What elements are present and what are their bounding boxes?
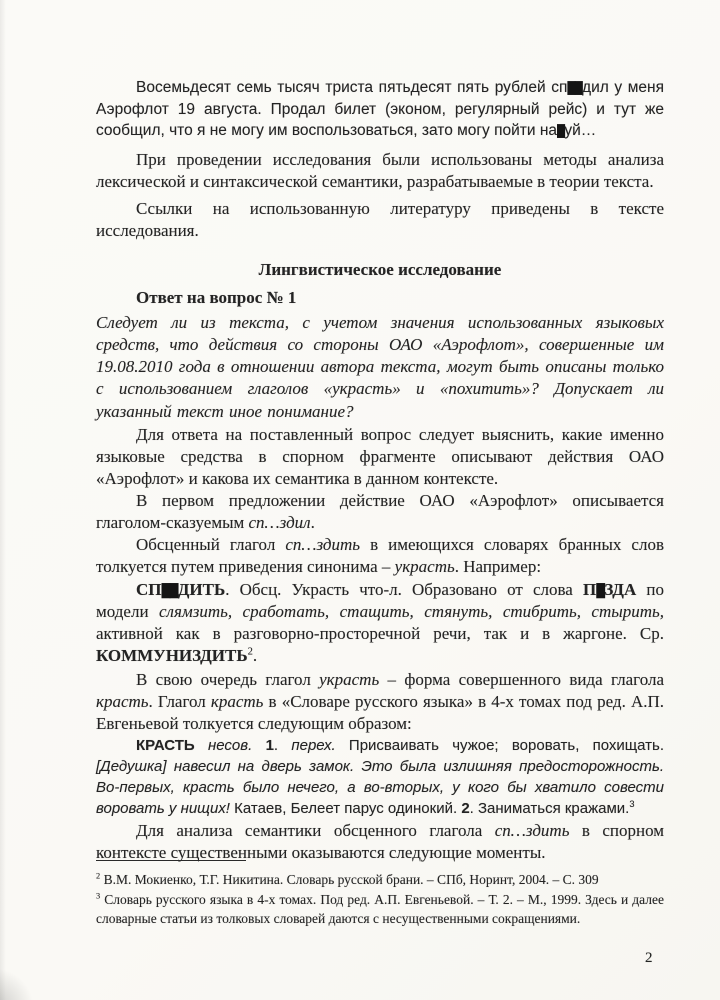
paragraph-task: Для ответа на поставленный вопрос следуе… — [96, 424, 664, 490]
footnote-area: 2 В.М. Мокиенко, Т.Г. Никитина. Словарь … — [96, 860, 664, 929]
section-heading: Лингвистическое исследование — [96, 259, 664, 281]
dictionary-entry-spizdit: СП██ДИТЬ. Обсц. Украсть что-л. Образован… — [96, 579, 664, 667]
paragraph-first-sentence: В первом предложении действие ОАО «Аэроф… — [96, 490, 664, 534]
scan-corner-artifact — [0, 968, 34, 1000]
scanned-document-page: Восемьдесят семь тысяч триста пятьдесят … — [0, 0, 720, 1000]
paragraph-ukrast: В свою очередь глагол украсть – форма со… — [96, 669, 664, 735]
footnote-3: 3 Словарь русского языка в 4-х томах. По… — [96, 890, 664, 929]
quoted-blog-text: Восемьдесят семь тысяч триста пятьдесят … — [96, 77, 664, 142]
paragraph-methods: При проведении исследования были использ… — [96, 149, 664, 193]
paragraph-obscene-verb: Обсценный глагол сп…здить в имеющихся сл… — [96, 534, 664, 578]
footnote-separator-rule — [96, 860, 246, 861]
footnote-2: 2 В.М. Мокиенко, Т.Г. Никитина. Словарь … — [96, 870, 664, 890]
answer-subheading: Ответ на вопрос № 1 — [96, 287, 664, 309]
paragraph-analysis: Для анализа семантики обсценного глагола… — [96, 820, 664, 864]
document-body: Восемьдесят семь тысяч триста пятьдесят … — [96, 77, 664, 864]
paragraph-references: Ссылки на использованную литературу прив… — [96, 198, 664, 242]
scan-edge-artifact — [0, 0, 6, 1000]
page-number: 2 — [645, 950, 653, 967]
dictionary-entry-krast: КРАСТЬ несов. 1. перех. Присваивать чужо… — [96, 735, 664, 819]
question-paragraph: Следует ли из текста, с учетом значения … — [96, 312, 664, 423]
